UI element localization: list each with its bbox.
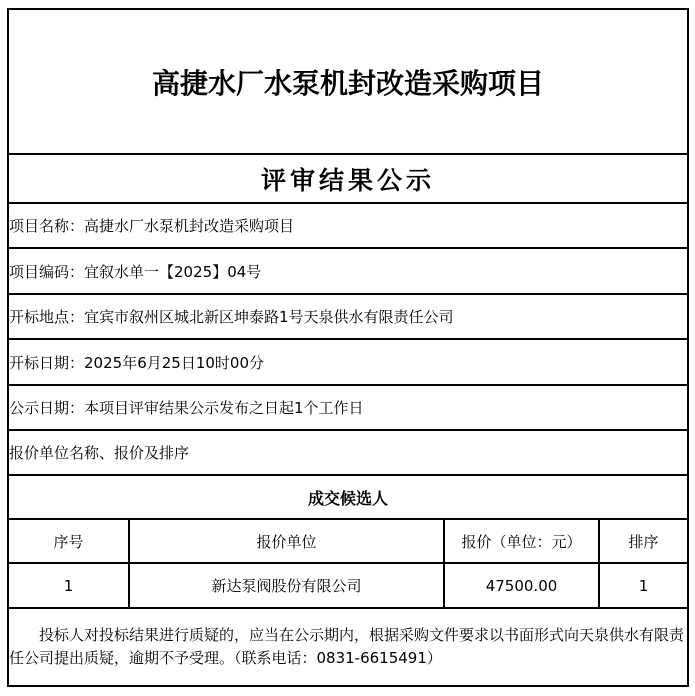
candidate-table-header-row: 序号 报价单位 报价（单位：元） 排序 (8, 519, 688, 563)
col-header-bidder: 报价单位 (129, 519, 444, 563)
publicity-period-label: 公示日期： (9, 399, 84, 417)
publicity-period-value: 本项目评审结果公示发布之日起1个工作日 (84, 399, 364, 417)
announcement-table: 高捷水厂水泵机封改造采购项目 评审结果公示 项目名称：高捷水厂水泵机封改造采购项… (7, 8, 689, 687)
candidate-bidder-name: 新达泵阀股份有限公司 (129, 563, 444, 608)
col-header-rank: 排序 (599, 519, 688, 563)
bid-opening-date-value: 2025年6月25日10时00分 (84, 354, 264, 372)
title-row: 高捷水厂水泵机封改造采购项目 (8, 9, 688, 154)
candidate-table-row: 1 新达泵阀股份有限公司 47500.00 1 (8, 563, 688, 608)
candidate-seq: 1 (8, 563, 129, 608)
project-code-value: 宜叙水单一【2025】04号 (84, 263, 261, 281)
bid-opening-location-value: 宜宾市叙州区城北新区坤泰路1号天泉供水有限责任公司 (84, 308, 454, 326)
col-header-price: 报价（单位：元） (444, 519, 599, 563)
info-row-bid-opening-location: 开标地点：宜宾市叙州区城北新区坤泰路1号天泉供水有限责任公司 (8, 294, 688, 339)
announcement-document: 高捷水厂水泵机封改造采购项目 评审结果公示 项目名称：高捷水厂水泵机封改造采购项… (0, 0, 695, 695)
project-title: 高捷水厂水泵机封改造采购项目 (8, 9, 688, 154)
info-row-publicity-period: 公示日期：本项目评审结果公示发布之日起1个工作日 (8, 385, 688, 430)
candidate-price: 47500.00 (444, 563, 599, 608)
objection-note: 投标人对投标结果进行质疑的，应当在公示期内，根据采购文件要求以书面形式向天泉供水… (9, 624, 687, 670)
announcement-subtitle: 评审结果公示 (8, 154, 688, 203)
project-name-label: 项目名称： (9, 217, 84, 235)
info-row-quotation-summary: 报价单位名称、报价及排序 (8, 430, 688, 475)
footer-row: 投标人对投标结果进行质疑的，应当在公示期内，根据采购文件要求以书面形式向天泉供水… (8, 608, 688, 686)
info-row-project-code: 项目编码：宜叙水单一【2025】04号 (8, 248, 688, 294)
subtitle-row: 评审结果公示 (8, 154, 688, 203)
quotation-summary-label: 报价单位名称、报价及排序 (9, 444, 189, 462)
bid-opening-date-label: 开标日期： (9, 354, 84, 372)
bid-opening-location-label: 开标地点： (9, 308, 84, 326)
info-row-bid-opening-date: 开标日期：2025年6月25日10时00分 (8, 339, 688, 385)
candidate-rank: 1 (599, 563, 688, 608)
winning-candidates-section-row: 成交候选人 (8, 475, 688, 519)
col-header-seq: 序号 (8, 519, 129, 563)
winning-candidates-section-title: 成交候选人 (8, 475, 688, 519)
project-code-label: 项目编码： (9, 263, 84, 281)
info-row-project-name: 项目名称：高捷水厂水泵机封改造采购项目 (8, 203, 688, 248)
project-name-value: 高捷水厂水泵机封改造采购项目 (84, 217, 294, 235)
